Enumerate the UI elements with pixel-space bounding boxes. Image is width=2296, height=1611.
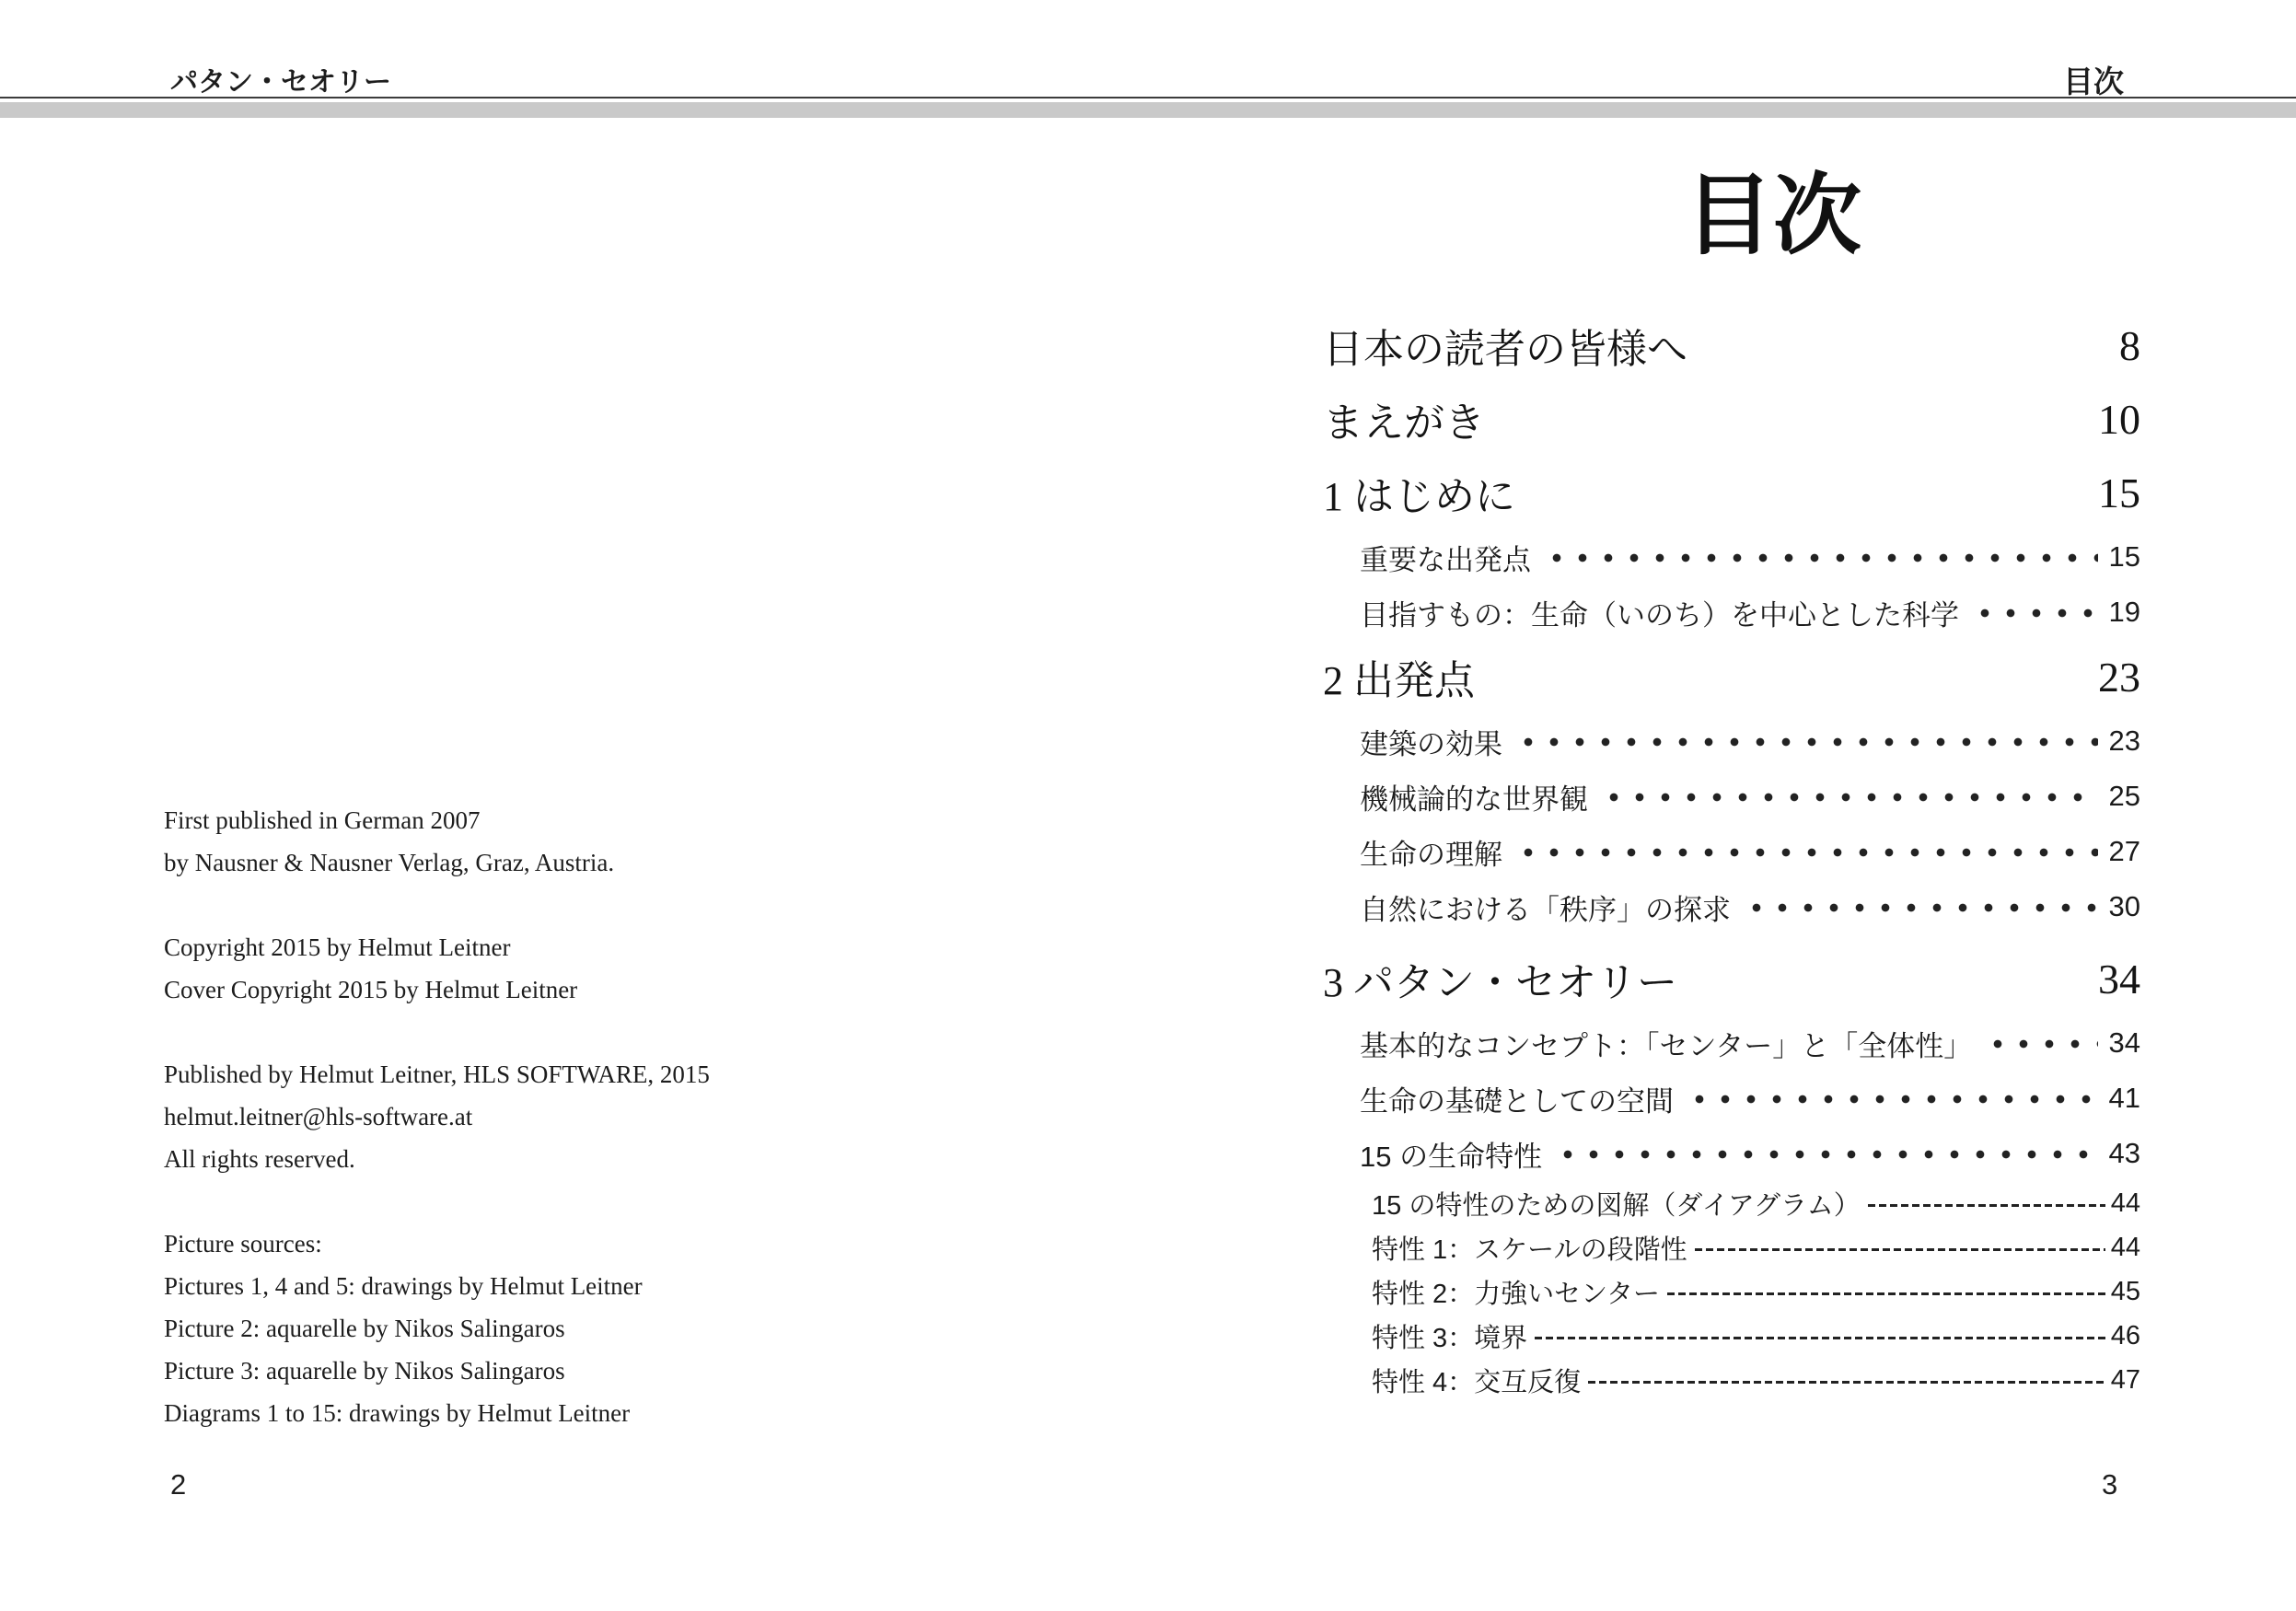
table-of-contents: 目次 日本の読者の皆様へ 8 まえがき 10 1 はじめに 15 重要な出発点 …	[1323, 138, 2140, 1402]
toc-entry-label: 特性 4：交互反復	[1372, 1362, 1581, 1399]
toc-title: 目次	[1364, 166, 2182, 267]
colophon-paragraph: First published in German 2007 by Nausne…	[164, 799, 992, 884]
toc-entry: 15 の特性のための図解（ダイアグラム） 44	[1323, 1181, 2140, 1225]
toc-entry-label: 1 はじめに	[1323, 463, 1515, 522]
toc-entry-label: 機械論的な世界観	[1360, 776, 1588, 817]
toc-entry-label: 建築の効果	[1360, 721, 1502, 762]
colophon-line: Picture 2: aquarelle by Nikos Salingaros	[164, 1307, 992, 1350]
toc-entry: 特性 4：交互反復 47	[1323, 1358, 2140, 1402]
toc-entry: 2 出発点 23	[1323, 640, 2140, 713]
toc-entry: 特性 1：スケールの段階性 44	[1323, 1225, 2140, 1269]
toc-dot-leader	[1544, 543, 2098, 572]
toc-entry: 生命の基礎としての空間 41	[1323, 1071, 2140, 1126]
toc-entry: 建築の効果 23	[1323, 713, 2140, 769]
colophon-paragraph: Published by Helmut Leitner, HLS SOFTWAR…	[164, 1053, 992, 1180]
toc-entry-label: 特性 2：力強いセンター	[1372, 1273, 1660, 1311]
toc-page-number: 27	[2109, 835, 2140, 868]
toc-entry: 基本的なコンセプト：「センター」と「全体性」 34	[1323, 1015, 2140, 1071]
toc-dot-leader	[1985, 1029, 2097, 1058]
toc-dot-leader	[1972, 598, 2098, 627]
toc-page-number: 47	[2111, 1365, 2140, 1396]
book-spread: パタン・セオリー 目次 First published in German 20…	[0, 0, 2296, 1611]
toc-entry-label: 生命の理解	[1360, 831, 1502, 873]
toc-entry-label: まえがき	[1323, 389, 1485, 448]
toc-entry: 1 はじめに 15	[1323, 456, 2140, 529]
toc-entry: 15 の生命特性 43	[1323, 1126, 2140, 1181]
colophon-line: helmut.leitner@hls-software.at	[164, 1095, 992, 1138]
toc-page-number: 46	[2111, 1321, 2140, 1351]
toc-entry-label: 特性 1：スケールの段階性	[1372, 1229, 1687, 1267]
toc-page-number: 44	[2111, 1233, 2140, 1263]
page-number-right: 3	[2102, 1468, 2117, 1501]
toc-page-number: 43	[2109, 1137, 2140, 1170]
toc-entry-label: 15 の生命特性	[1360, 1133, 1542, 1175]
toc-page-number: 45	[2111, 1277, 2140, 1307]
toc-dash-leader	[1588, 1381, 2105, 1384]
toc-page-number: 15	[2098, 469, 2140, 517]
colophon-line: by Nausner & Nausner Verlag, Graz, Austr…	[164, 841, 992, 884]
toc-entry: 日本の読者の皆様へ 8	[1323, 308, 2140, 382]
toc-entry-label: 基本的なコンセプト：「センター」と「全体性」	[1360, 1023, 1972, 1064]
toc-page-number: 23	[2109, 724, 2140, 758]
toc-dot-leader	[1515, 838, 2098, 866]
colophon-line: Diagrams 1 to 15: drawings by Helmut Lei…	[164, 1392, 992, 1434]
colophon-line: First published in German 2007	[164, 799, 992, 841]
toc-entry: 目指すもの：生命（いのち）を中心とした科学 19	[1323, 585, 2140, 640]
toc-entry-label: 目指すもの：生命（いのち）を中心とした科学	[1360, 592, 1959, 633]
toc-entry: 機械論的な世界観 25	[1323, 769, 2140, 824]
toc-entry-label: 日本の読者の皆様へ	[1323, 316, 1687, 375]
toc-entry: まえがき 10	[1323, 382, 2140, 456]
page-number-left: 2	[170, 1468, 186, 1501]
toc-page-number: 41	[2109, 1082, 2140, 1115]
toc-page-number: 34	[2098, 955, 2140, 1003]
toc-page-number: 44	[2111, 1188, 2140, 1219]
toc-entry-label: 自然における「秩序」の探求	[1360, 887, 1731, 928]
toc-entry: 生命の理解 27	[1323, 824, 2140, 879]
toc-dot-leader	[1515, 727, 2098, 756]
toc-entry-label: 特性 3：境界	[1372, 1317, 1527, 1355]
running-head-section-title: 目次	[2063, 64, 2124, 99]
colophon-line: Pictures 1, 4 and 5: drawings by Helmut …	[164, 1265, 992, 1307]
toc-entry-label: 重要な出発点	[1360, 537, 1531, 578]
toc-entry: 重要な出発点 15	[1323, 529, 2140, 585]
toc-dot-leader	[1687, 1084, 2098, 1113]
toc-entry: 特性 2：力強いセンター 45	[1323, 1269, 2140, 1314]
toc-entry: 3 パタン・セオリー 34	[1323, 942, 2140, 1015]
toc-entry-label: 3 パタン・セオリー	[1323, 949, 1677, 1008]
toc-entry-label: 2 出発点	[1323, 647, 1475, 706]
toc-dot-leader	[1744, 893, 2098, 921]
toc-page-number: 8	[2119, 321, 2140, 370]
toc-entry: 特性 3：境界 46	[1323, 1314, 2140, 1358]
colophon-line: Cover Copyright 2015 by Helmut Leitner	[164, 968, 992, 1011]
colophon-line: All rights reserved.	[164, 1138, 992, 1180]
toc-dash-leader	[1535, 1337, 2105, 1339]
toc-dash-leader	[1667, 1292, 2105, 1295]
colophon-line: Copyright 2015 by Helmut Leitner	[164, 926, 992, 968]
toc-dot-leader	[1601, 782, 2098, 811]
colophon-paragraph: Picture sources: Pictures 1, 4 and 5: dr…	[164, 1223, 992, 1434]
colophon-line: Published by Helmut Leitner, HLS SOFTWAR…	[164, 1053, 992, 1095]
toc-page-number: 34	[2109, 1026, 2140, 1060]
running-head-book-title: パタン・セオリー	[170, 66, 391, 99]
header-rule	[0, 97, 2296, 99]
toc-dash-leader	[1868, 1204, 2105, 1207]
toc-entry: 自然における「秩序」の探求 30	[1323, 879, 2140, 934]
colophon-line: Picture sources:	[164, 1223, 992, 1265]
toc-page-number: 23	[2098, 653, 2140, 701]
toc-dash-leader	[1695, 1248, 2105, 1251]
toc-page-number: 19	[2109, 596, 2140, 629]
header-gray-bar	[0, 102, 2296, 118]
toc-entry-label: 15 の特性のための図解（ダイアグラム）	[1372, 1185, 1861, 1223]
toc-page-number: 30	[2109, 890, 2140, 923]
toc-entry-label: 生命の基礎としての空間	[1360, 1078, 1674, 1119]
toc-page-number: 25	[2109, 780, 2140, 813]
colophon-line: Picture 3: aquarelle by Nikos Salingaros	[164, 1350, 992, 1392]
colophon-paragraph: Copyright 2015 by Helmut Leitner Cover C…	[164, 926, 992, 1011]
toc-page-number: 10	[2098, 395, 2140, 444]
colophon: First published in German 2007 by Nausne…	[164, 799, 992, 1477]
toc-dot-leader	[1555, 1140, 2097, 1168]
toc-page-number: 15	[2109, 540, 2140, 574]
